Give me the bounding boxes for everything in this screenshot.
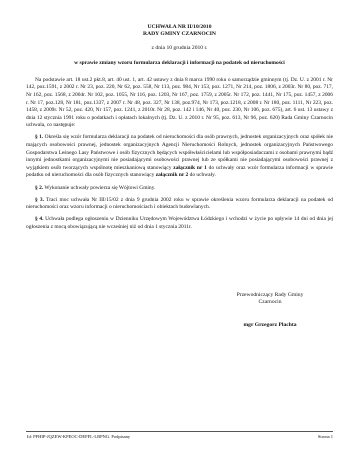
paragraph-3-mark: § 3. bbox=[35, 197, 44, 203]
signature-role-line-2: Czarnocin bbox=[210, 299, 330, 306]
footer-page-number: Strona 1 bbox=[318, 434, 333, 439]
footer-divider bbox=[26, 431, 333, 432]
signature-role-line-1: Przewodniczący Rady Gminy bbox=[210, 292, 330, 299]
signature-role: Przewodniczący Rady Gminy Czarnocin bbox=[210, 292, 330, 307]
document-page: UCHWAŁA NR II/10/2010 RADY GMINY CZARNOC… bbox=[26, 24, 333, 232]
paragraph-4-text: Uchwała podlega ogłoszeniu w Dzienniku U… bbox=[26, 216, 333, 230]
paragraph-1: § 1. Określa się wzór formularza deklara… bbox=[26, 134, 333, 180]
resolution-subject: w sprawie zmiany wzoru formularza deklar… bbox=[26, 60, 333, 67]
paragraph-4: § 4. Uchwała podlega ogłoszeniu w Dzienn… bbox=[26, 216, 333, 231]
paragraph-1-mark: § 1. bbox=[35, 134, 43, 140]
attachment-1-ref: załącznik nr 1 bbox=[173, 165, 207, 171]
title-line-2: RADY GMINY CZARNOCIN bbox=[26, 31, 333, 38]
attachment-2-ref: załącznik nr 2 bbox=[156, 172, 189, 178]
title-line-1: UCHWAŁA NR II/10/2010 bbox=[26, 24, 333, 31]
paragraph-2-mark: § 2. bbox=[35, 185, 43, 191]
paragraph-1-text-c: do uchwały. bbox=[188, 172, 216, 178]
paragraph-2-text: Wykonanie uchwały powierza się Wójtowi G… bbox=[43, 185, 155, 191]
paragraph-3-text: Traci moc uchwała Nr III/15/02 z dnia 9 … bbox=[26, 197, 333, 211]
resolution-title: UCHWAŁA NR II/10/2010 RADY GMINY CZARNOC… bbox=[26, 24, 333, 39]
preamble: Na podstawie art. 18 ust.2 pkt.8, art. 4… bbox=[26, 77, 333, 130]
paragraph-3: § 3. Traci moc uchwała Nr III/15/02 z dn… bbox=[26, 197, 333, 212]
footer-document-id: Id: PFHIP-JQZEW-KPEOC-DEFFL-LBPNG. Podpi… bbox=[27, 434, 130, 439]
signature-name: mgr Grzegorz Płachta bbox=[210, 322, 330, 329]
paragraph-2: § 2. Wykonanie uchwały powierza się Wójt… bbox=[26, 185, 333, 193]
resolution-date: z dnia 10 grudnia 2010 r. bbox=[26, 45, 333, 52]
